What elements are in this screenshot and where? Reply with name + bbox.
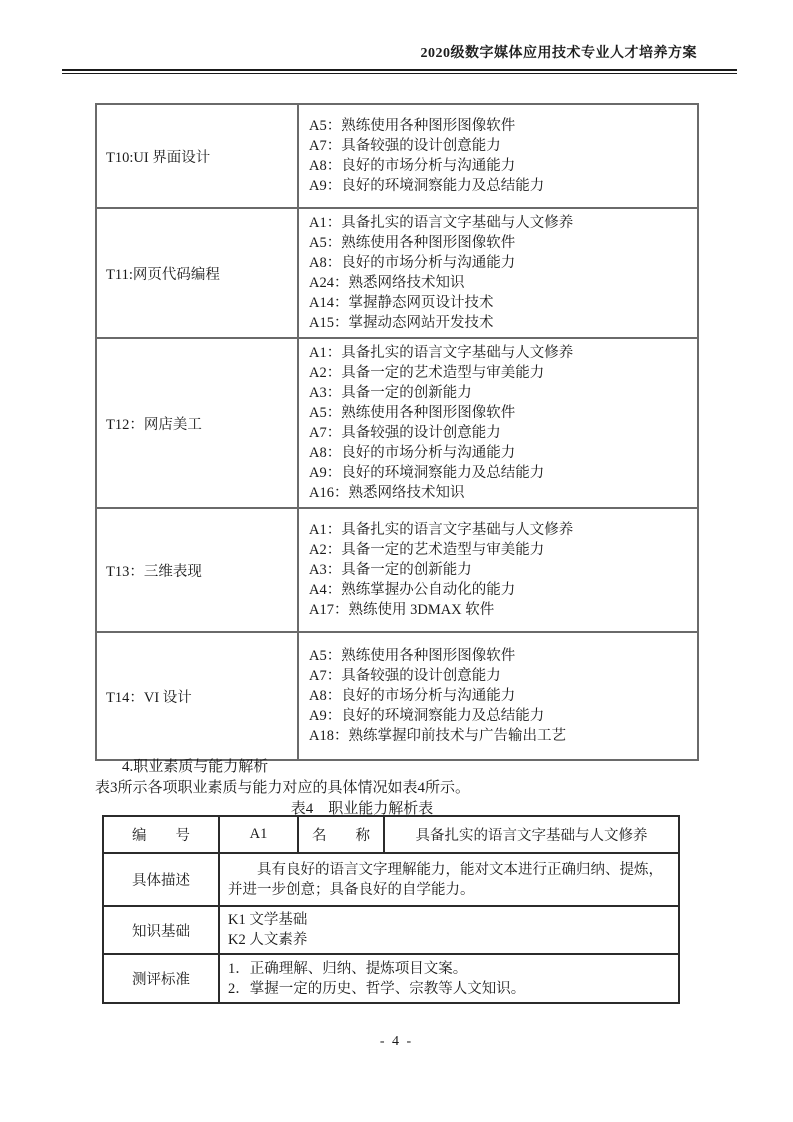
skills-table: T10:UI 界面设计A5：熟练使用各种图形图像软件A7：具备较强的设计创意能力… (95, 103, 699, 761)
page-header-title: 2020级数字媒体应用技术专业人才培养方案 (60, 42, 737, 62)
document-page: 2020级数字媒体应用技术专业人才培养方案 T10:UI 界面设计A5：熟练使用… (0, 0, 793, 1122)
row-label-cell: 知识基础 (103, 906, 219, 954)
ability-item: A8：良好的市场分析与沟通能力 (309, 686, 693, 706)
ability-item: A8：良好的市场分析与沟通能力 (309, 253, 693, 273)
skills-table-row: T11:网页代码编程A1：具备扎实的语言文字基础与人文修养A5：熟练使用各种图形… (96, 208, 698, 338)
task-label-cell: T13：三维表现 (96, 508, 298, 632)
ability-item: A1：具备扎实的语言文字基础与人文修养 (309, 520, 693, 540)
analysis-table-row: 测评标准1．正确理解、归纳、提炼项目文案。2．掌握一定的历史、哲学、宗教等人文知… (103, 954, 679, 1003)
ability-items-cell: A1：具备扎实的语言文字基础与人文修养A2：具备一定的艺术造型与审美能力A3：具… (298, 338, 698, 508)
ability-item: A8：良好的市场分析与沟通能力 (309, 156, 693, 176)
ability-item: A14：掌握静态网页设计技术 (309, 293, 693, 313)
ability-item: A2：具备一定的艺术造型与审美能力 (309, 363, 693, 383)
header-double-rule (62, 69, 737, 74)
task-label-cell: T10:UI 界面设计 (96, 104, 298, 208)
analysis-header-row: 编 号 A1 名 称 具备扎实的语言文字基础与人文修养 (103, 816, 679, 853)
skills-table-row: T10:UI 界面设计A5：熟练使用各种图形图像软件A7：具备较强的设计创意能力… (96, 104, 698, 208)
section-heading: 4.职业素质与能力解析 (95, 755, 699, 776)
ability-item: A17：熟练使用 3DMAX 软件 (309, 600, 693, 620)
ability-item: A18：熟练掌握印前技术与广告输出工艺 (309, 726, 693, 746)
id-value-cell: A1 (219, 816, 298, 853)
ability-item: A9：良好的环境洞察能力及总结能力 (309, 176, 693, 196)
ability-items-cell: A5：熟练使用各种图形图像软件A7：具备较强的设计创意能力A8：良好的市场分析与… (298, 632, 698, 760)
row-content-cell: K1 文学基础K2 人文素养 (219, 906, 679, 954)
task-label-cell: T11:网页代码编程 (96, 208, 298, 338)
ability-item: A7：具备较强的设计创意能力 (309, 423, 693, 443)
ability-item: A5：熟练使用各种图形图像软件 (309, 646, 693, 666)
row-content-cell: 具有良好的语言文字理解能力，能对文本进行正确归纳、提炼，并进一步创意；具备良好的… (219, 853, 679, 906)
skills-table-row: T14：VI 设计A5：熟练使用各种图形图像软件A7：具备较强的设计创意能力A8… (96, 632, 698, 760)
name-label-cell: 名 称 (298, 816, 384, 853)
ability-item: A24：熟悉网络技术知识 (309, 273, 693, 293)
ability-item: A1：具备扎实的语言文字基础与人文修养 (309, 213, 693, 233)
ability-item: A9：良好的环境洞察能力及总结能力 (309, 463, 693, 483)
analysis-table-row: 具体描述具有良好的语言文字理解能力，能对文本进行正确归纳、提炼，并进一步创意；具… (103, 853, 679, 906)
ability-item: A5：熟练使用各种图形图像软件 (309, 233, 693, 253)
ability-item: A7：具备较强的设计创意能力 (309, 666, 693, 686)
skills-table-row: T12：网店美工A1：具备扎实的语言文字基础与人文修养A2：具备一定的艺术造型与… (96, 338, 698, 508)
analysis-table-body: 编 号 A1 名 称 具备扎实的语言文字基础与人文修养 具体描述具有良好的语言文… (103, 816, 679, 1003)
content-line: 2．掌握一定的历史、哲学、宗教等人文知识。 (228, 979, 670, 999)
task-label-cell: T14：VI 设计 (96, 632, 298, 760)
ability-item: A15：掌握动态网站开发技术 (309, 313, 693, 333)
content-line: K1 文学基础 (228, 910, 670, 930)
ability-item: A16：熟悉网络技术知识 (309, 483, 693, 503)
ability-analysis-table: 编 号 A1 名 称 具备扎实的语言文字基础与人文修养 具体描述具有良好的语言文… (102, 815, 680, 1004)
content-line: 具有良好的语言文字理解能力，能对文本进行正确归纳、提炼，并进一步创意；具备良好的… (228, 860, 670, 900)
ability-items-cell: A5：熟练使用各种图形图像软件A7：具备较强的设计创意能力A8：良好的市场分析与… (298, 104, 698, 208)
task-label-cell: T12：网店美工 (96, 338, 298, 508)
ability-item: A9：良好的环境洞察能力及总结能力 (309, 706, 693, 726)
skills-table-row: T13：三维表现A1：具备扎实的语言文字基础与人文修养A2：具备一定的艺术造型与… (96, 508, 698, 632)
ability-item: A8：良好的市场分析与沟通能力 (309, 443, 693, 463)
page-number: - 4 - (0, 1034, 793, 1050)
ability-item: A5：熟练使用各种图形图像软件 (309, 403, 693, 423)
ability-items-cell: A1：具备扎实的语言文字基础与人文修养A5：熟练使用各种图形图像软件A8：良好的… (298, 208, 698, 338)
ability-item: A1：具备扎实的语言文字基础与人文修养 (309, 343, 693, 363)
id-label-cell: 编 号 (103, 816, 219, 853)
ability-item: A5：熟练使用各种图形图像软件 (309, 116, 693, 136)
section-paragraph: 表3所示各项职业素质与能力对应的具体情况如表4所示。 (95, 776, 699, 797)
ability-items-cell: A1：具备扎实的语言文字基础与人文修养A2：具备一定的艺术造型与审美能力A3：具… (298, 508, 698, 632)
name-value-cell: 具备扎实的语言文字基础与人文修养 (384, 816, 679, 853)
row-label-cell: 测评标准 (103, 954, 219, 1003)
skills-table-body: T10:UI 界面设计A5：熟练使用各种图形图像软件A7：具备较强的设计创意能力… (96, 104, 698, 760)
content-line: K2 人文素养 (228, 930, 670, 950)
ability-item: A3：具备一定的创新能力 (309, 560, 693, 580)
ability-item: A3：具备一定的创新能力 (309, 383, 693, 403)
analysis-table-row: 知识基础K1 文学基础K2 人文素养 (103, 906, 679, 954)
content-line: 1．正确理解、归纳、提炼项目文案。 (228, 959, 670, 979)
ability-item: A2：具备一定的艺术造型与审美能力 (309, 540, 693, 560)
ability-item: A4：熟练掌握办公自动化的能力 (309, 580, 693, 600)
ability-item: A7：具备较强的设计创意能力 (309, 136, 693, 156)
row-content-cell: 1．正确理解、归纳、提炼项目文案。2．掌握一定的历史、哲学、宗教等人文知识。 (219, 954, 679, 1003)
row-label-cell: 具体描述 (103, 853, 219, 906)
